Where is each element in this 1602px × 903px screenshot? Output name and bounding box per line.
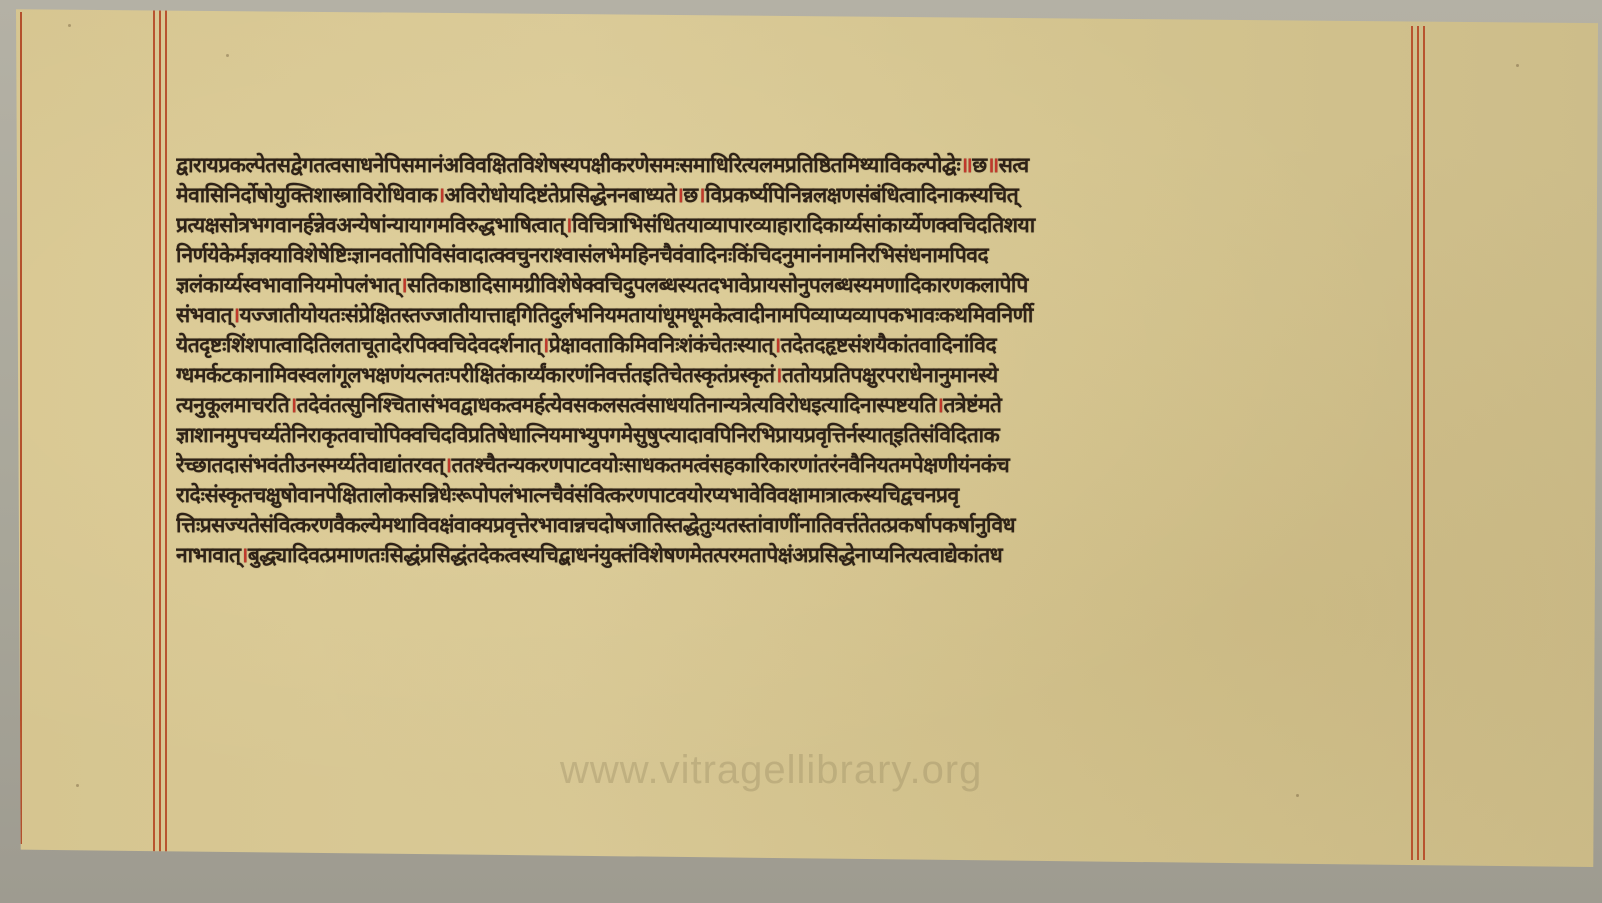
- text-line-6: संभवात्।यज्जातीयोयतःसंप्रेक्षितस्तज्जाती…: [176, 300, 1416, 330]
- text-line-2: मेवासिनिर्दोषोयुक्तिशास्त्राविरोधिवाक।अव…: [176, 180, 1416, 210]
- library-watermark: www.vitragellibrary.org: [560, 748, 982, 793]
- text-line-4: निर्णयेकेर्मज्ञक्याविशेषेष्टिःज्ञानवतोपि…: [176, 240, 1416, 270]
- text-line-11: रेच्छातदासंभवंतीउनस्मर्य्यतेवाद्यांतरवत्…: [176, 450, 1416, 480]
- paper-speck: [68, 24, 71, 27]
- text-line-10: ज्ञाशानमुपचर्य्यतेनिराकृतवाचोपिक्वचिदविप…: [176, 420, 1416, 450]
- text-line-7: येतदृष्टःशिंशपात्वादितिलताचूतादेरपिक्वचि…: [176, 330, 1416, 360]
- paper-speck: [1296, 794, 1299, 797]
- text-line-5: ज्ञलंकार्य्यस्वभावानियमोपलंभात्।सतिकाष्ठ…: [176, 270, 1416, 300]
- text-line-13: त्तिःप्रसज्यतेसंवित्करणवैकल्येमथाविवक्षं…: [176, 510, 1416, 540]
- text-line-12: रादेःसंस्कृतचक्षुषोवानपेक्षितालोकसन्निधे…: [176, 480, 1416, 510]
- left-edge-rule: [20, 12, 22, 844]
- text-line-14: नाभावात्।बुद्ध्यादिवत्प्रमाणतःसिद्धंप्रस…: [176, 540, 1416, 570]
- text-line-3: प्रत्यक्षसोत्रभगवानर्हन्नेवअन्येषांन्याय…: [176, 210, 1416, 240]
- text-line-8: ग्धमर्कटकानामिवस्वलांगूलभक्षणंयत्नतःपरीक…: [176, 360, 1416, 390]
- paper-speck: [76, 784, 79, 787]
- text-line-9: त्यनुकूलमाचरति।तदेवंतत्सुनिश्चितासंभवद्व…: [176, 390, 1416, 420]
- text-line-1: द्वारायप्रकल्पेतसद्वेगतत्वसाधनेपिसमानंअव…: [176, 150, 1416, 180]
- manuscript-text: द्वारायप्रकल्पेतसद्वेगतत्वसाधनेपिसमानंअव…: [176, 150, 1416, 570]
- paper-speck: [226, 54, 229, 57]
- left-margin-triple-rule: [153, 10, 169, 860]
- paper-speck: [1516, 64, 1519, 67]
